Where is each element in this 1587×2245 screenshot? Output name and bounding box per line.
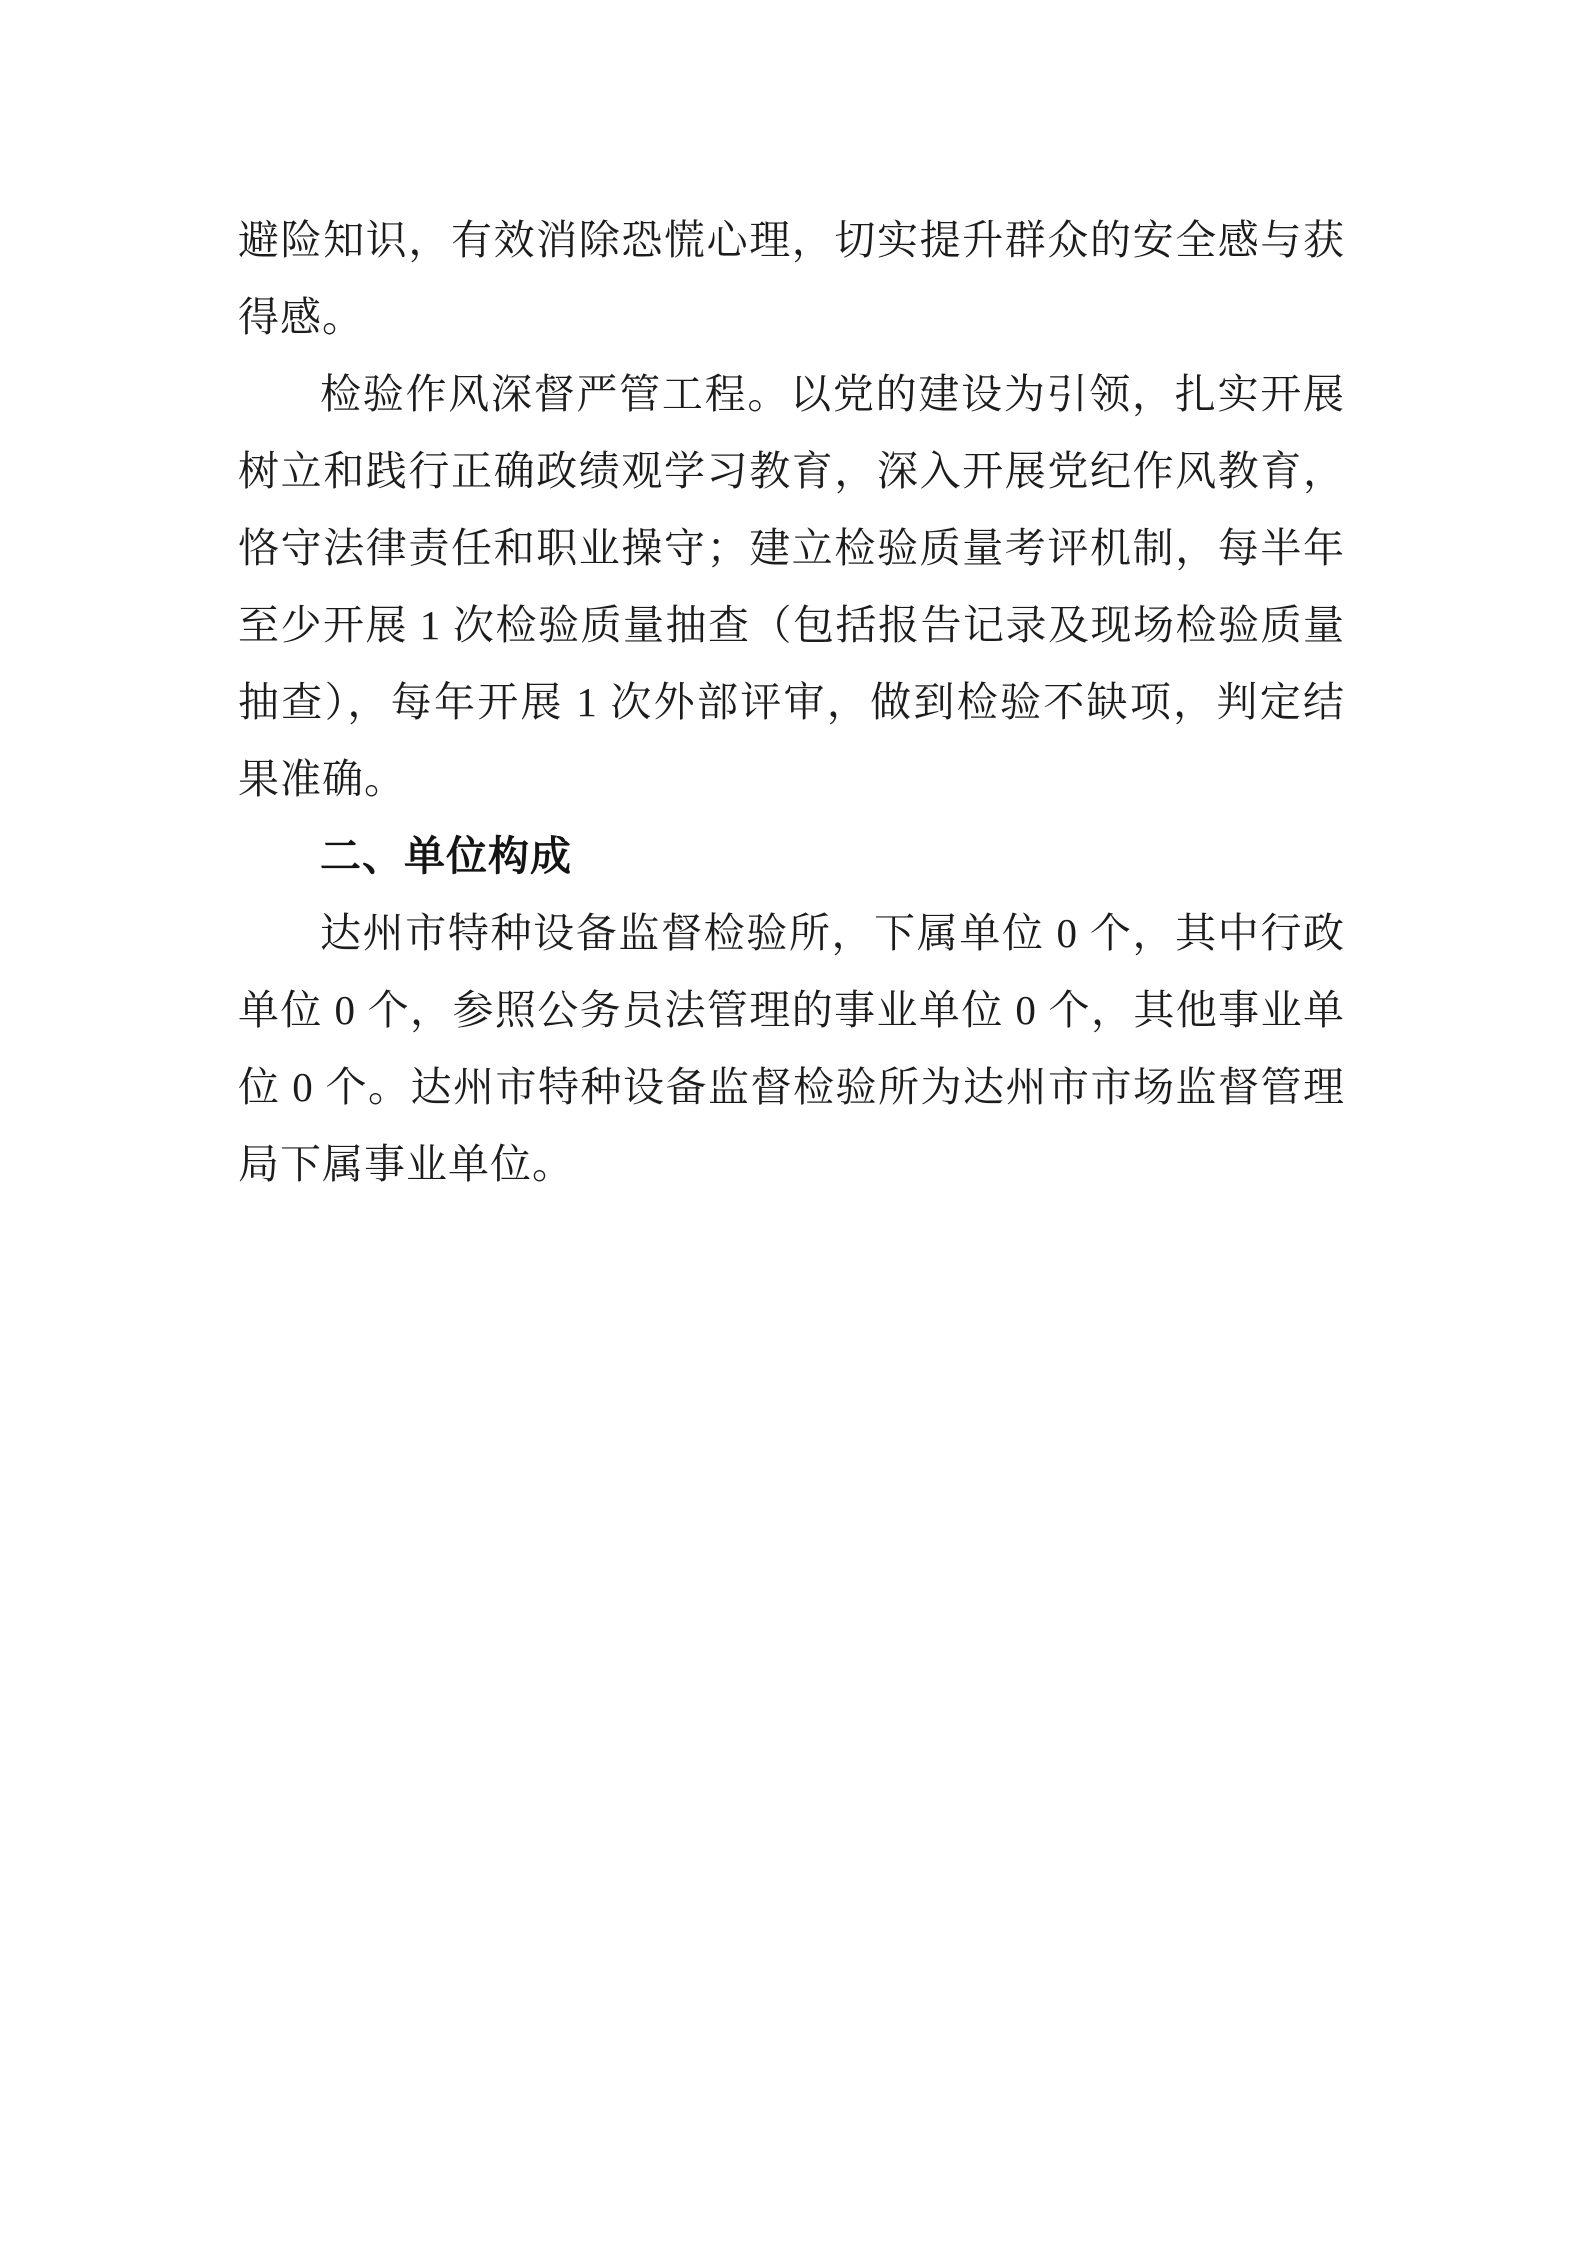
body-line-7: 抽查），每年开展 1 次外部评审，做到检验不缺项，判定结	[238, 664, 1345, 741]
body-line-8-paragraph-end: 果准确。	[238, 741, 1345, 818]
body-line-12: 位 0 个。达州市特种设备监督检验所为达州市市场监督管理	[238, 1049, 1345, 1126]
body-line-5: 恪守法律责任和职业操守；建立检验质量考评机制，每半年	[238, 510, 1345, 587]
section-heading: 二、单位构成	[238, 818, 1345, 895]
body-line-3-paragraph-start: 检验作风深督严管工程。以党的建设为引领，扎实开展	[238, 356, 1345, 433]
body-line-11: 单位 0 个，参照公务员法管理的事业单位 0 个，其他事业单	[238, 972, 1345, 1049]
body-line-6: 至少开展 1 次检验质量抽查（包括报告记录及现场检验质量	[238, 587, 1345, 664]
document-page: 避险知识，有效消除恐慌心理，切实提升群众的安全感与获 得感。 检验作风深督严管工…	[0, 0, 1587, 2245]
document-body: 避险知识，有效消除恐慌心理，切实提升群众的安全感与获 得感。 检验作风深督严管工…	[238, 202, 1345, 1203]
body-line-10-paragraph-start: 达州市特种设备监督检验所，下属单位 0 个，其中行政	[238, 895, 1345, 972]
body-line-13-paragraph-end: 局下属事业单位。	[238, 1126, 1345, 1203]
body-line-2-paragraph-end: 得感。	[238, 279, 1345, 356]
body-line-4: 树立和践行正确政绩观学习教育，深入开展党纪作风教育，	[238, 433, 1345, 510]
body-line-1: 避险知识，有效消除恐慌心理，切实提升群众的安全感与获	[238, 202, 1345, 279]
